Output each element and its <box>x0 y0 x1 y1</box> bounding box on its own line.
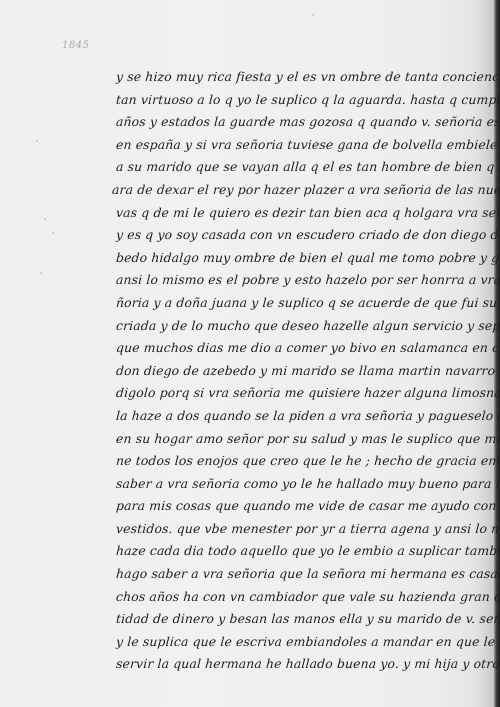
manuscript-page: 1845 y se hizo muy rica fiesta y el es v… <box>0 0 500 707</box>
paper-speck <box>44 218 46 220</box>
manuscript-line: que muchos dias me dio a comer yo bivo e… <box>115 337 500 360</box>
manuscript-line: vas q de mi le quiero es dezir tan bien … <box>115 202 500 225</box>
manuscript-line: chos años ha con vn cambiador que vale s… <box>115 586 500 609</box>
manuscript-line: saber a vra señoria como yo le he hallad… <box>115 473 500 496</box>
manuscript-line: tidad de dinero y besan las manos ella y… <box>115 608 500 631</box>
manuscript-line: en su hogar amo señor por su salud y mas… <box>115 428 500 451</box>
paper-speck <box>36 140 38 142</box>
manuscript-line: y le suplica que le escriva embiandoles … <box>115 631 500 654</box>
manuscript-line: servir la qual hermana he hallado buena … <box>115 653 500 676</box>
folio-number: 1845 <box>62 40 89 51</box>
paper-speck <box>52 232 54 234</box>
manuscript-line: años y estados la guarde mas gozosa q qu… <box>115 111 500 134</box>
manuscript-line: para mis cosas que quando me vide de cas… <box>115 495 500 518</box>
manuscript-line: digolo porq si vra señoria me quisiere h… <box>115 382 500 405</box>
paper-speck <box>312 14 314 16</box>
manuscript-line: la haze a dos quando se la piden a vra s… <box>115 405 500 428</box>
manuscript-line: ne todos los enojos que creo que le he ;… <box>115 450 500 473</box>
manuscript-line: criada y de lo mucho que deseo hazelle a… <box>115 315 500 338</box>
manuscript-line: a su marido que se vayan alla q el es ta… <box>115 156 500 179</box>
manuscript-line: tan virtuoso a lo q yo le suplico q la a… <box>115 89 500 112</box>
manuscript-line: bedo hidalgo muy ombre de bien el qual m… <box>115 247 500 270</box>
manuscript-line: y se hizo muy rica fiesta y el es vn omb… <box>115 66 500 89</box>
manuscript-line: haze cada dia todo aquello que yo le emb… <box>115 540 500 563</box>
manuscript-line: en españa y si vra señoria tuviese gana … <box>115 134 500 157</box>
paper-speck <box>40 272 42 274</box>
manuscript-line: don diego de azebedo y mi marido se llam… <box>115 360 500 383</box>
manuscript-line: ara de dexar el rey por hazer plazer a v… <box>111 179 500 202</box>
manuscript-line: vestidos. que vbe menester por yr a tier… <box>115 518 500 541</box>
manuscript-line: y es q yo soy casada con vn escudero cri… <box>115 224 500 247</box>
manuscript-line: hago saber a vra señoria que la señora m… <box>115 563 500 586</box>
manuscript-text-block: y se hizo muy rica fiesta y el es vn omb… <box>116 66 500 676</box>
manuscript-line: ansi lo mismo es el pobre y esto hazelo … <box>115 269 500 292</box>
manuscript-line: ñoria y a doña juana y le suplico q se a… <box>115 292 500 315</box>
